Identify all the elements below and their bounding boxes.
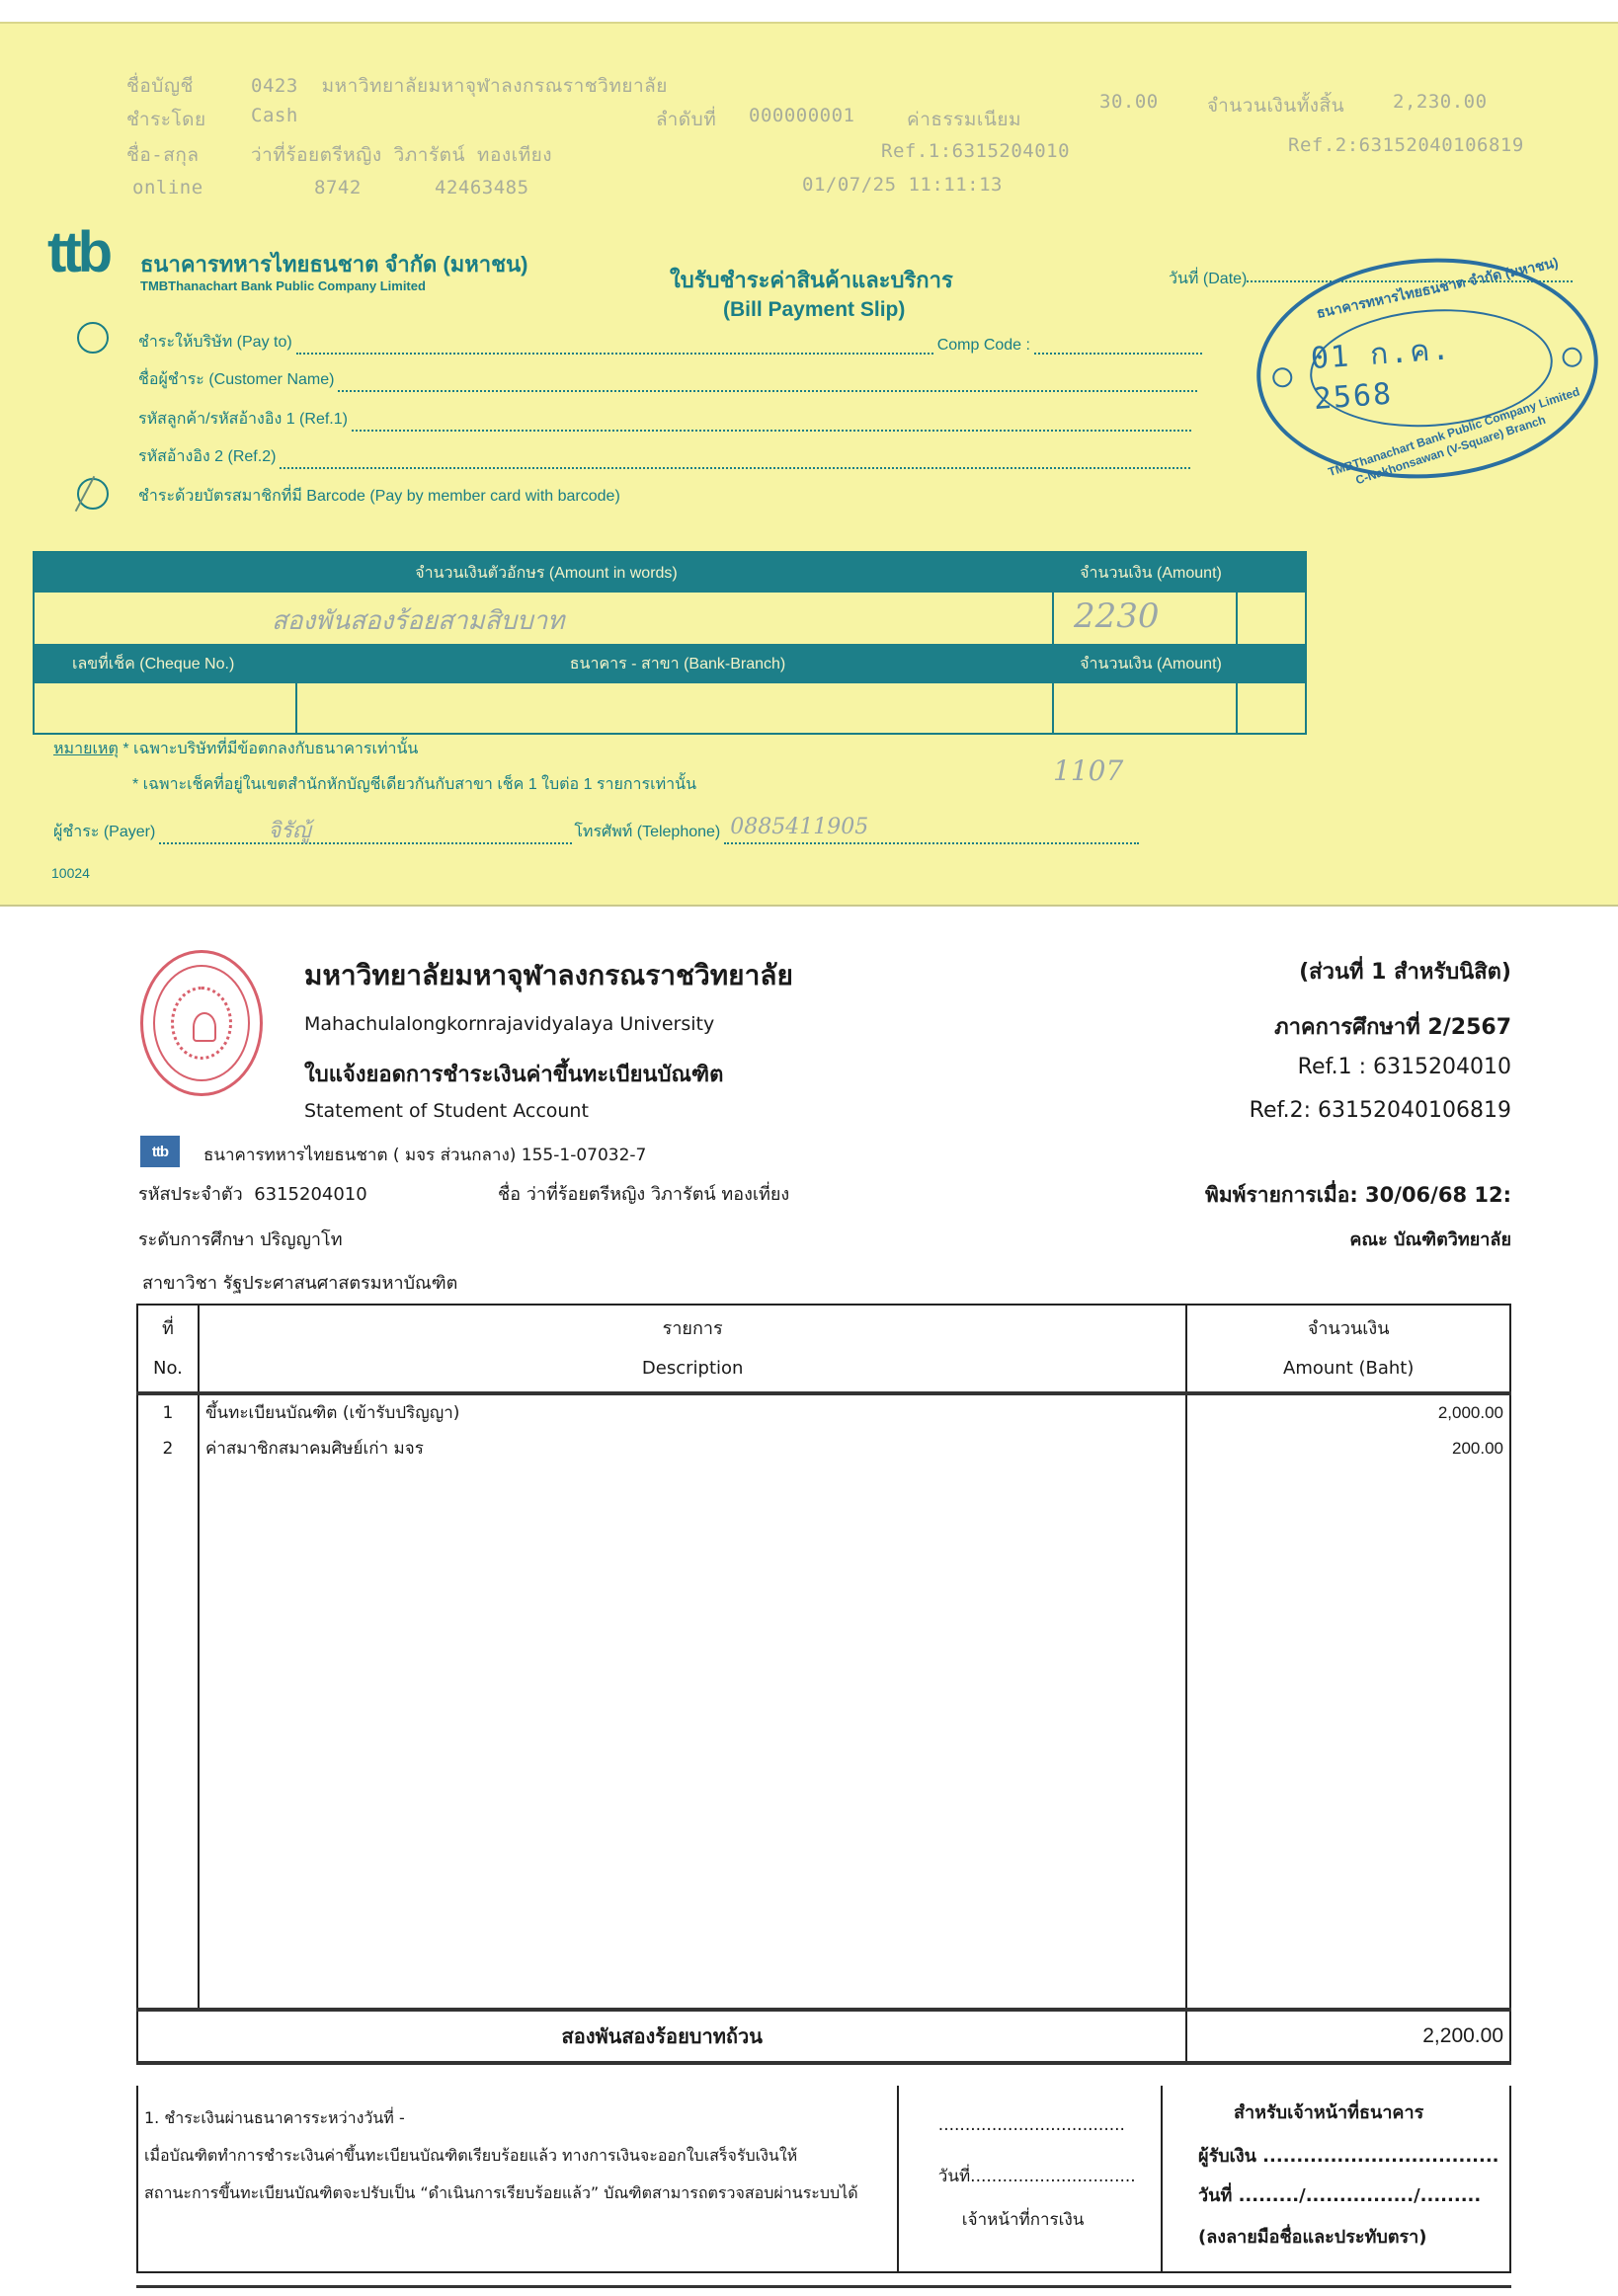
pay-to-radio[interactable] [77, 322, 109, 354]
printout-datetime: 01/07/25 11:11:13 [802, 174, 1003, 196]
barcode-label: ชำระด้วยบัตรสมาชิกที่มี Barcode (Pay by … [138, 484, 620, 509]
bank-name-en: TMBThanachart Bank Public Company Limite… [140, 278, 426, 293]
faculty-value: บัณฑิตวิทยาลัย [1394, 1229, 1511, 1250]
ttb-badge-icon: ttb [140, 1136, 180, 1167]
cheque-header: เลขที่เช็ค (Cheque No.) [35, 652, 297, 676]
amount-table: จำนวนเงินตัวอักษร (Amount in words) จำนว… [33, 551, 1307, 735]
col-amt-header: จำนวนเงิน Amount (Baht) [1186, 1305, 1510, 1393]
payment-note-1: 1. ชำระเงินผ่านธนาคารระหว่างวันที่ - [144, 2099, 891, 2137]
sign-note: (ลงลายมือชื่อและประทับตรา) [1198, 2222, 1426, 2251]
student-id-value: 6315204010 [254, 1184, 367, 1205]
ref1-label: รหัสลูกค้า/รหัสอ้างอิง 1 (Ref.1) [138, 407, 348, 432]
printout-ref2: Ref.2:63152040106819 [1288, 134, 1524, 156]
col-desc-en: Description [200, 1349, 1185, 1388]
cheque-amount-cell[interactable] [1054, 683, 1238, 733]
document-title-en: Statement of Student Account [304, 1100, 589, 1122]
student-id: รหัสประจำตัว 6315204010 [138, 1179, 367, 1208]
handwritten-mark: 1107 [1053, 754, 1123, 787]
printout-branch-code: 8742 [314, 177, 362, 198]
col-desc-th: รายการ [200, 1309, 1185, 1349]
payment-note-3: สถานะการขึ้นทะเบียนบัณฑิตจะปรับเป็น “ดำเ… [144, 2175, 891, 2212]
cheque-satang-cell[interactable] [1238, 683, 1305, 733]
printout-channel: online [132, 177, 203, 198]
table-row: 1 ขึ้นทะเบียนบัณฑิต (เข้ารับปริญญา) 2,00… [137, 1393, 1510, 1430]
student-name: ชื่อ ว่าที่ร้อยตรีหญิง วิภารัตน์ ทองเที่… [498, 1179, 789, 1208]
printed-label: พิมพ์รายการเมื่อ: [1205, 1183, 1358, 1207]
bank-date-field[interactable]: วันที่ ........./................/......… [1198, 2180, 1481, 2209]
bank-stamp: ธนาคารทหารไทยธนชาต จำกัด (มหาชน) 01 ก.ค.… [1250, 247, 1606, 490]
table-header-row: ที่ No. รายการ Description จำนวนเงิน Amo… [137, 1305, 1510, 1393]
printed-value: 30/06/68 12: [1365, 1183, 1511, 1207]
bank-officer-box: สำหรับเจ้าหน้าที่ธนาคาร ผู้รับเงิน .....… [1163, 2086, 1509, 2271]
telephone-value: 0885411905 [730, 815, 868, 839]
printout-paid-by-value: Cash [251, 105, 298, 126]
printout-account-value: 0423 มหาวิทยาลัยมหาจุฬาลงกรณราชวิทยาลัย [251, 71, 668, 101]
note-1: หมายเหตุ * เฉพาะบริษัทที่มีข้อตกลงกับธนา… [53, 737, 418, 761]
major: สาขาวิชา รัฐประศาสนศาสตรมหาบัณฑิต [142, 1268, 457, 1297]
amount-words-header: จำนวนเงินตัวอักษร (Amount in words) [35, 561, 1058, 586]
bank-branch-header: ธนาคาร - สาขา (Bank-Branch) [297, 652, 1058, 676]
pay-to-label: ชำระให้บริษัท (Pay to) [138, 330, 292, 355]
amount-words-cell[interactable]: สองพันสองร้อยสามสิบบาท [35, 593, 1054, 644]
printout-txn-no: 42463485 [435, 177, 529, 198]
pay-to-field[interactable]: ชำระให้บริษัท (Pay to) Comp Code : [138, 330, 1202, 355]
printout-name-value: ว่าที่ร้อยตรีหญิง วิภารัตน์ ทองเทียง [251, 140, 552, 170]
university-name-th: มหาวิทยาลัยมหาจุฬาลงกรณราชวิทยาลัย [304, 954, 793, 997]
payer-signature: จิรัญู้ [268, 813, 310, 847]
bill-payment-slip: ชื่อบัญชี 0423 มหาวิทยาลัยมหาจุฬาลงกรณรา… [0, 22, 1618, 907]
printout-fee-label: ค่าธรรมเนียม [907, 105, 1021, 134]
row-amount: 2,000.00 [1186, 1393, 1510, 1430]
customer-name-field[interactable]: ชื่อผู้ชำระ (Customer Name) [138, 367, 1197, 392]
row-description: ขึ้นทะเบียนบัณฑิต (เข้ารับปริญญา) [199, 1393, 1186, 1430]
amount-table-header: จำนวนเงินตัวอักษร (Amount in words) จำนว… [35, 553, 1305, 593]
amount-row: สองพันสองร้อยสามสิบบาท 2230 [35, 593, 1305, 644]
major-value: รัฐประศาสนศาสตรมหาบัณฑิต [223, 1273, 458, 1294]
printout-name-label: ชื่อ-สกุล [126, 140, 200, 170]
col-no-en: No. [138, 1349, 198, 1388]
ref1-field[interactable]: รหัสลูกค้า/รหัสอ้างอิง 1 (Ref.1) [138, 407, 1191, 432]
bank-officer-title: สำหรับเจ้าหน้าที่ธนาคาร [1234, 2098, 1423, 2126]
payer-field[interactable]: ผู้ชำระ (Payer) จิรัญู้ โทรศัพท์ (Teleph… [53, 820, 1139, 844]
finance-date[interactable]: วันที่............................... [938, 2163, 1136, 2189]
payer-label: ผู้ชำระ (Payer) [53, 820, 155, 844]
education-level: ระดับการศึกษา ปริญญาโท [138, 1225, 343, 1253]
university-name-en: Mahachulalongkornrajavidyalaya Universit… [304, 1013, 714, 1035]
student-id-label: รหัสประจำตัว [138, 1184, 243, 1205]
level-value: ปริญญาโท [260, 1229, 342, 1250]
finance-signature-line[interactable]: ................................... [938, 2115, 1125, 2135]
date-label: วันที่ (Date) [1169, 267, 1247, 291]
note-1-text: * เฉพาะบริษัทที่มีข้อตกลงกับธนาคารเท่านั… [122, 741, 418, 757]
bank-account: ธนาคารทหารไทยธนชาต ( มจร ส่วนกลาง) 155-1… [203, 1142, 646, 1168]
part-label: (ส่วนที่ 1 สำหรับนิสิต) [1299, 954, 1511, 989]
stamp-emblem-icon [1562, 347, 1582, 367]
table-filler [137, 1466, 1510, 2010]
note-2: * เฉพาะเช็คที่อยู่ในเขตสำนักหักบัญชีเดีย… [132, 772, 696, 797]
ref2: Ref.2: 63152040106819 [1250, 1098, 1511, 1123]
receiver-field[interactable]: ผู้รับเงิน .............................… [1198, 2141, 1498, 2170]
printed-at: พิมพ์รายการเมื่อ: 30/06/68 12: [1205, 1179, 1511, 1212]
finance-officer-box: ................................... วันท… [899, 2086, 1163, 2271]
printout-paid-by-label: ชำระโดย [126, 105, 206, 134]
stamp-emblem-icon [1272, 367, 1293, 388]
printout-account-label: ชื่อบัญชี [126, 71, 194, 101]
ref1: Ref.1 : 6315204010 [1298, 1055, 1511, 1079]
ttb-logo: ttb [47, 224, 109, 281]
amount-header: จำนวนเงิน (Amount) [1058, 561, 1244, 586]
ref2-label: รหัสอ้างอิง 2 (Ref.2) [138, 444, 276, 469]
cheque-table-header: เลขที่เช็ค (Cheque No.) ธนาคาร - สาขา (B… [35, 644, 1305, 683]
statement-footer: 1. ชำระเงินผ่านธนาคารระหว่างวันที่ - เมื… [136, 2086, 1511, 2273]
total-row: สองพันสองร้อยบาทถ้วน 2,200.00 [137, 2010, 1510, 2063]
table-row: 2 ค่าสมาชิกสมาคมศิษย์เก่า มจร 200.00 [137, 1430, 1510, 1466]
bank-branch-cell[interactable] [297, 683, 1054, 733]
customer-name-label: ชื่อผู้ชำระ (Customer Name) [138, 367, 334, 392]
barcode-radio[interactable] [77, 478, 109, 510]
bottom-divider [136, 2285, 1511, 2288]
university-seal-icon [140, 950, 263, 1096]
cheque-row [35, 683, 1305, 733]
level-label: ระดับการศึกษา [138, 1229, 254, 1250]
semester: ภาคการศึกษาที่ 2/2567 [1274, 1009, 1511, 1044]
slip-title-en: (Bill Payment Slip) [723, 298, 905, 322]
barcode-option[interactable]: ชำระด้วยบัตรสมาชิกที่มี Barcode (Pay by … [138, 484, 620, 509]
printout-ref1: Ref.1:6315204010 [881, 140, 1070, 162]
statement-table: ที่ No. รายการ Description จำนวนเงิน Amo… [136, 1304, 1511, 2065]
row-no: 2 [137, 1430, 199, 1466]
row-no: 1 [137, 1393, 199, 1430]
comp-code-field[interactable] [1034, 341, 1202, 355]
bank-name-th: ธนาคารทหารไทยธนชาต จำกัด (มหาชน) [140, 247, 527, 281]
finance-officer-label: เจ้าหน้าที่การเงิน [962, 2206, 1085, 2233]
ref2-field[interactable]: รหัสอ้างอิง 2 (Ref.2) [138, 444, 1190, 469]
printout-seq-label: ลำดับที่ [656, 105, 716, 134]
payment-notes: 1. ชำระเงินผ่านธนาคารระหว่างวันที่ - เมื… [138, 2086, 899, 2271]
student-name-value: ว่าที่ร้อยตรีหญิง วิภารัตน์ ทองเที่ยง [526, 1184, 789, 1205]
amount-value: 2230 [1074, 596, 1160, 636]
col-amt-en: Amount (Baht) [1187, 1349, 1509, 1388]
amount-satang-cell[interactable] [1238, 593, 1305, 644]
amount-header-2: จำนวนเงิน (Amount) [1058, 652, 1244, 676]
amount-words-value: สองพันสองร้อยสามสิบบาท [272, 600, 564, 641]
printout-fee-value: 30.00 [1099, 91, 1159, 113]
comp-code-label: Comp Code : [937, 337, 1030, 355]
printout-total-value: 2,230.00 [1393, 91, 1488, 113]
amount-cell[interactable]: 2230 [1054, 593, 1238, 644]
cheque-no-cell[interactable] [35, 683, 297, 733]
col-no-header: ที่ No. [137, 1305, 199, 1393]
form-code: 10024 [51, 865, 90, 881]
telephone-label: โทรศัพท์ (Telephone) [574, 820, 720, 844]
faculty-label: คณะ [1349, 1229, 1387, 1250]
total-words: สองพันสองร้อยบาทถ้วน [137, 2010, 1186, 2063]
row-description: ค่าสมาชิกสมาคมศิษย์เก่า มจร [199, 1430, 1186, 1466]
printout-seq-value: 000000001 [749, 105, 854, 126]
row-amount: 200.00 [1186, 1430, 1510, 1466]
note-label: หมายเหตุ [53, 741, 119, 757]
faculty: คณะ บัณฑิตวิทยาลัย [1349, 1225, 1511, 1253]
total-amount: 2,200.00 [1186, 2010, 1510, 2063]
student-name-label: ชื่อ [498, 1184, 521, 1205]
major-label: สาขาวิชา [142, 1273, 217, 1294]
printout-total-label: จำนวนเงินทั้งสิ้น [1207, 91, 1344, 120]
payment-note-2: เมื่อบัณฑิตทำการชำระเงินค่าขึ้นทะเบียนบั… [144, 2137, 891, 2175]
slip-title-th: ใบรับชำระค่าสินค้าและบริการ [670, 263, 953, 297]
col-no-th: ที่ [138, 1309, 198, 1349]
document-title-th: ใบแจ้งยอดการชำระเงินค่าขึ้นทะเบียนบัณฑิต [304, 1057, 723, 1091]
col-amt-th: จำนวนเงิน [1187, 1309, 1509, 1349]
col-desc-header: รายการ Description [199, 1305, 1186, 1393]
